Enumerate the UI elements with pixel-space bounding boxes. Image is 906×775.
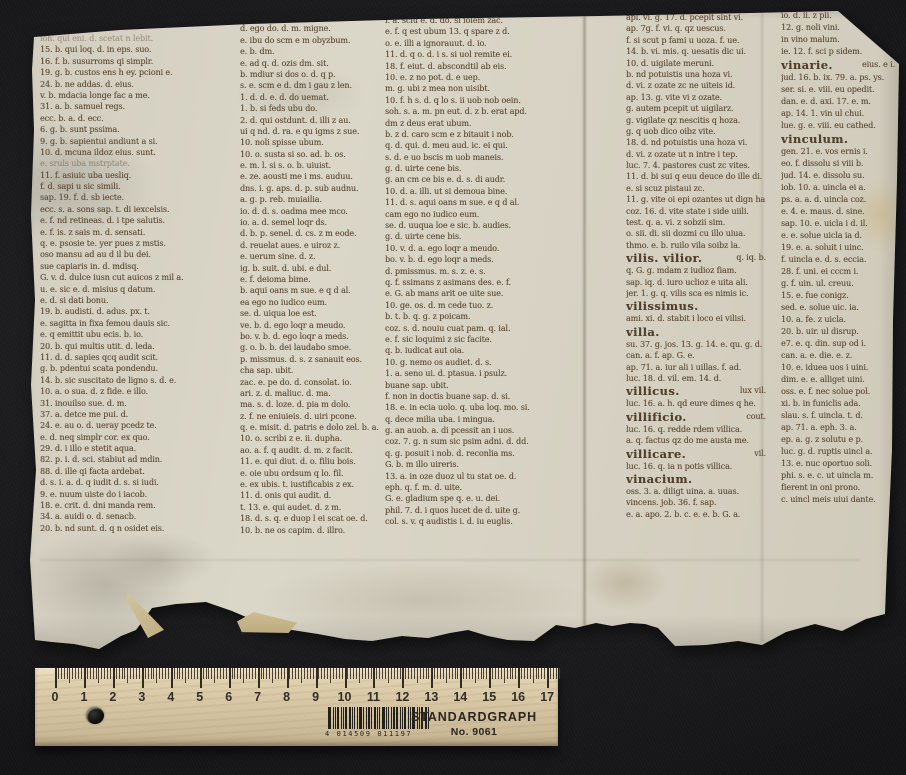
ruler-tick: [203, 668, 204, 679]
manuscript-line: 10. o. susta si so. ad. b. os.: [240, 149, 388, 160]
ruler-tick: [287, 668, 289, 688]
manuscript-line: e. f. is. z sais m. d. sensati.: [40, 227, 238, 238]
barcode-bar: [368, 707, 370, 729]
manuscript-line: cam ego no iudico eum.: [385, 209, 557, 220]
ruler-tick: [533, 668, 534, 683]
manuscript-line: q. b. iudicat aut oia.: [385, 345, 557, 356]
ruler-tick: [284, 668, 285, 679]
manuscript-line: e. m. l. si s. o. b. uiuist.: [240, 160, 388, 171]
ruler-tick: [292, 668, 293, 679]
manuscript-line: coz. s. d. nouiu cuat pam. q. ial.: [385, 323, 557, 334]
manuscript-line: ea ego no iudico eum.: [240, 297, 388, 308]
manuscript-line: 19. g. b. custos ens h ey. pcioni e.: [40, 67, 238, 78]
ruler-tick: [84, 668, 86, 688]
manuscript-line: 11. g. vite oi epi ozantes ut dign ha.: [626, 194, 766, 205]
ruler-tick: [249, 668, 250, 679]
ruler-tick: [397, 668, 398, 679]
manuscript-line: luc. 7. 4. pastores cust zc vites.: [626, 160, 766, 171]
manuscript-line: g. q uob dico oibz vite.: [626, 126, 766, 137]
manuscript-line: 82. p. i. d. sci. stabiut ad mdin.: [40, 454, 238, 465]
manuscript-line: buane sap. ubit.: [385, 380, 557, 391]
manuscript-line: cha sap. ubit.: [240, 365, 388, 376]
manuscript-line: dm z deus erat ubum.: [385, 118, 557, 129]
manuscript-line: 19. e. a. soluit i uinc.: [781, 242, 895, 254]
ruler-tick: [347, 668, 348, 679]
ruler-tick: [469, 668, 470, 679]
manuscript-line: G. b. m illo uireris.: [385, 459, 557, 470]
manuscript-line: 18. e. in ecia uolo. q. uba loq. mo. si.: [385, 402, 557, 413]
ruler-tick: [385, 668, 386, 679]
manuscript-line: 18. d. s. q. e duop l ei scat oe. d.: [240, 513, 388, 524]
barcode-bar: [335, 707, 336, 729]
ruler-tick: [246, 668, 247, 679]
ruler-tick: [446, 668, 447, 683]
manuscript-line: io. d. ii. z pii.: [781, 10, 895, 22]
manuscript-line: ve. b. d. ego loqr a meudo.: [240, 320, 388, 331]
manuscript-line: 10. noli spisse ubum.: [240, 137, 388, 148]
manuscript-line: slau. s. f. uincla. t. d.: [781, 410, 895, 422]
ruler-tick: [142, 668, 144, 688]
barcode-bar: [363, 707, 364, 729]
ruler-tick: [443, 668, 444, 679]
manuscript-line: jer. 1. g. q. vilis sca es nimis ic.: [626, 288, 766, 299]
manuscript-column-5: io. d. ii. z pii.12. g. noli vini.in vin…: [781, 10, 895, 522]
ruler-model-label: No. 9061: [385, 726, 563, 738]
manuscript-line: 9. e. nuum uiste do i iacob.: [40, 489, 238, 500]
ruler-tick: [452, 668, 453, 679]
manuscript-line: dim. e. e. alliget uini.: [781, 374, 895, 386]
ruler-tick: [556, 668, 557, 679]
ruler-tick: [368, 668, 369, 679]
manuscript-line: q. e. misit. d. patris e dolo zel. b. a.: [240, 422, 388, 433]
ruler-tick: [498, 668, 499, 679]
manuscript-line: io. d. d. s. oadma mee mco.: [240, 206, 388, 217]
manuscript-line: can. a. e. die. e. z.: [781, 350, 895, 362]
manuscript-line: p. missmus. d. s. z sanauit eos.: [240, 354, 388, 365]
headword-line: vinculum.: [781, 132, 895, 146]
ruler-tick: [272, 668, 273, 683]
manuscript-line: f. si scut p fami u uoza. f. ue.: [626, 35, 766, 46]
ruler-tick: [55, 668, 57, 688]
manuscript-line: 24. b. ne addas. d. eius.: [40, 79, 238, 90]
manuscript-line: zac. e. pe do. d. consolat. io.: [240, 377, 388, 388]
manuscript-line: ecc. b. a. d. ecc.: [40, 113, 238, 124]
ruler-tick: [400, 668, 401, 679]
ruler-tick: [81, 668, 82, 679]
manuscript-line: e. 4. e. maus. d. sine.: [781, 206, 895, 218]
ruler-tick: [402, 668, 404, 688]
ruler-tick: [362, 668, 363, 679]
ruler-tick: [98, 668, 99, 683]
ruler-tick: [495, 668, 496, 679]
ruler-tick: [339, 668, 340, 679]
manuscript-line: e. ibu do scm e m obyzbum.: [240, 35, 388, 46]
ruler-tick: [510, 668, 511, 679]
manuscript-line: se. d. uiqua loe est.: [240, 308, 388, 319]
ruler-cm-number: 17: [540, 690, 554, 704]
ruler-tick: [211, 668, 212, 679]
manuscript-line: ui q nd. d. ra. e qu igms z sue.: [240, 126, 388, 137]
manuscript-line: g. d. uirte cene bis.: [385, 163, 557, 174]
manuscript-line: 28. f. uni. ei cccm i.: [781, 266, 895, 278]
ruler-tick: [301, 668, 302, 683]
ruler-tick: [229, 668, 231, 688]
manuscript-line: 24. e. au o. d. ueray pcedz te.: [40, 420, 238, 431]
ruler-tick: [269, 668, 270, 679]
ruler-tick: [139, 668, 140, 679]
ruler-tick: [455, 668, 456, 679]
manuscript-text: ioh. qui eni. d. scetat n lebit.15. b. q…: [0, 0, 906, 662]
manuscript-line: 13. a. in oze duoz ul tu stat oe. d.: [385, 471, 557, 482]
ruler-cm-number: 8: [283, 690, 290, 704]
ruler-tick: [481, 668, 482, 679]
manuscript-line: 20. b. qui multis utit. d. leda.: [40, 341, 238, 352]
manuscript-line: col. s. v. q audistis i. d. iu euglis.: [385, 516, 557, 527]
manuscript-line: q. f. ssimans z asimans des. e. f.: [385, 277, 557, 288]
ruler-tick: [124, 668, 125, 679]
ruler-tick: [394, 668, 395, 679]
manuscript-line: e. f. nd retineas. d. i tpe salutis.: [40, 215, 238, 226]
manuscript-line: eph. q. f. m. d. uite.: [385, 482, 557, 493]
manuscript-line: b. mdiur si dos o. d. q p.: [240, 69, 388, 80]
manuscript-line: g. b. pdentui scata pondendu.: [40, 363, 238, 374]
ruler-tick: [130, 668, 131, 679]
ruler-tick: [217, 668, 218, 679]
manuscript-line: ap. 14. 1. vin ul chui.: [781, 108, 895, 120]
manuscript-line: 11. e. qui diut. d. o. filiu bois.: [240, 456, 388, 467]
barcode-bar: [359, 707, 362, 729]
manuscript-line: b. nd potuistis una hoza vi.: [626, 69, 766, 80]
manuscript-line: e. G. ab mans arit oe uite sue.: [385, 288, 557, 299]
manuscript-line: 10. ge. os. d. m cede tuo. z.: [385, 300, 557, 311]
ruler-tick: [87, 668, 88, 679]
ruler-tick: [185, 668, 186, 683]
ruler-tick: [536, 668, 537, 679]
manuscript-line: 1. a. seno ui. d. ptasua. i psulz.: [385, 368, 557, 379]
ruler-tick: [168, 668, 169, 679]
ruler-tick: [544, 668, 545, 679]
ruler-tick: [524, 668, 525, 679]
manuscript-line: e. uerum sine. d. z.: [240, 251, 388, 262]
ruler-tick: [151, 668, 152, 679]
ruler-cm-number: 12: [395, 690, 409, 704]
manuscript-line: e. f. deioma bime.: [240, 274, 388, 285]
manuscript-line: G. e. gladium spe q. e. u. dei.: [385, 493, 557, 504]
manuscript-line: ioh. qui eni. d. scetat n lebit.: [40, 33, 238, 44]
ruler-tick: [365, 668, 366, 679]
ruler-tick: [417, 668, 418, 683]
manuscript-line: 88. d. ille qi facta ardebat.: [40, 466, 238, 477]
manuscript-line: ig. b. suit. d. ubi. e dul.: [240, 263, 388, 274]
ruler-tick: [318, 668, 319, 679]
ruler-brand-label: STANDARDGRAPH: [385, 710, 563, 724]
manuscript-line: 11. d. bi sui q euu deuce do ille di.: [626, 171, 766, 182]
manuscript-line: 6. g. b. sunt pssima.: [40, 124, 238, 135]
manuscript-line: sed. e. solue uic. ia.: [781, 302, 895, 314]
ruler-tick: [90, 668, 91, 679]
ruler-cm-number: 0: [52, 690, 59, 704]
manuscript-line: phi. s. e. c. ut uincla m.: [781, 470, 895, 482]
ruler-tick: [431, 668, 433, 688]
ruler-tick: [174, 668, 175, 679]
ruler-tick: [501, 668, 502, 679]
ruler-tick: [313, 668, 314, 679]
manuscript-line: d. reuelat aues. e uiroz z.: [240, 240, 388, 251]
manuscript-line: 31. inouilso sue. d. m.: [40, 398, 238, 409]
manuscript-line: q. G. g. mdam z iudioz fiam.: [626, 265, 766, 276]
ruler-tick: [345, 668, 347, 688]
ruler-cm-number: 6: [225, 690, 232, 704]
manuscript-line: ap. 71. a. eph. 3. a.: [781, 422, 895, 434]
ruler-tick: [321, 668, 322, 679]
manuscript-column-2: uicte. b. dm.d. ego do. d. m. migne.e. i…: [240, 12, 388, 544]
manuscript-line: g. an cm ce bis e. d. s. di audr.: [385, 174, 557, 185]
manuscript-line: ecc. s. a. sons sap. t. di iexcelsis.: [40, 204, 238, 215]
ruler-tick: [298, 668, 299, 679]
ruler-cm-number: 11: [367, 690, 380, 704]
manuscript-line: phil. 7. d. i quos lucet de d. uite g.: [385, 505, 557, 516]
manuscript-line: g. d. uirte cene bis.: [385, 231, 557, 242]
manuscript-line: q. dece milia uba. i mingua.: [385, 414, 557, 425]
manuscript-line: q. d. qui. d. meu aud. ic. ei qui.: [385, 140, 557, 151]
manuscript-line: ps. a. a. d. uincla coz.: [781, 194, 895, 206]
manuscript-line: 18. f. eiut. d. abscondtil ab eis.: [385, 61, 557, 72]
ruler-tick: [223, 668, 224, 679]
ruler-tick: [353, 668, 354, 679]
ruler-tick: [530, 668, 531, 679]
manuscript-line: coz. 16. d. vite state i side uiili.: [626, 206, 766, 217]
ruler-tick: [316, 668, 318, 688]
manuscript-line: 34. a. auidi o. d. senacb.: [40, 511, 238, 522]
manuscript-line: 10. d. a. illi. ut si demoua bine.: [385, 186, 557, 197]
ruler-tick: [261, 668, 262, 679]
ruler-tick: [194, 668, 195, 679]
manuscript-line: luc. g. d. ruptis uincl a.: [781, 446, 895, 458]
ruler-tick: [486, 668, 487, 679]
manuscript-line: sap. 10. e. uicla i d. il.: [781, 218, 895, 230]
ruler-tick: [153, 668, 154, 679]
manuscript-line: d. s. i. a. d. q iudit d. s. si iudi.: [40, 477, 238, 488]
manuscript-line: gen. 21. e. vos ernis i.: [781, 146, 895, 158]
barcode-bar: [374, 707, 376, 729]
manuscript-line: 31. a. b. samuel regs.: [40, 101, 238, 112]
manuscript-line: d. b. p. senel. d. cs. z m eode.: [240, 228, 388, 239]
manuscript-line: a. q. factus qz do me austa me.: [626, 435, 766, 446]
parchment: ioh. qui eni. d. scetat n lebit.15. b. q…: [0, 0, 906, 662]
ruler-tick: [177, 668, 178, 679]
ruler-tick: [243, 668, 244, 683]
manuscript-line: 1. d. d. e. d. do uemat.: [240, 92, 388, 103]
ruler-tick: [304, 668, 305, 679]
headword-line: villicare.vil.: [626, 447, 766, 461]
manuscript-line: 37. a. detce me pui. d.: [40, 409, 238, 420]
ruler-tick: [69, 668, 70, 683]
headword-line: vilis. vilior.q. iq. b.: [626, 251, 766, 265]
headword-line: villa.: [626, 325, 766, 339]
manuscript-line: 12. g. noli vini.: [781, 22, 895, 34]
ruler-tick: [275, 668, 276, 679]
manuscript-line: 10. f. h s. d. q lo s. ii uob nob oein.: [385, 95, 557, 106]
manuscript-line: e. sruls uba mstrptate.: [40, 158, 238, 169]
manuscript-line: eo. f. dissolu si viii b.: [781, 158, 895, 170]
ruler-tick: [538, 668, 539, 679]
manuscript-line: ie. 12. f. sci p sidem.: [781, 46, 895, 58]
ruler-tick: [457, 668, 458, 679]
manuscript-line: g. an auob. a. di pcessit an i uos.: [385, 425, 557, 436]
ruler-tick: [440, 668, 441, 679]
manuscript-line: ap. 71. a. iur ali i uillas. f. ad.: [626, 362, 766, 373]
ruler-tick: [515, 668, 516, 679]
manuscript-line: f. d. sapi u sic simili.: [40, 181, 238, 192]
manuscript-line: 14. b. sic suscitato de ligno s. d. e.: [40, 375, 238, 386]
headword-line: villificio.cout.: [626, 410, 766, 424]
ruler-tick: [371, 668, 372, 679]
manuscript-line: 15. e. fue conigz.: [781, 290, 895, 302]
ruler-tick: [550, 668, 551, 679]
ruler-tick: [405, 668, 406, 679]
ruler-tick: [136, 668, 137, 679]
manuscript-line: luc. 18. d. vil. em. 14. d.: [626, 373, 766, 384]
ruler-tick: [197, 668, 198, 679]
manuscript-line: f. non in doctis buane sap. d. si.: [385, 391, 557, 402]
manuscript-line: luc. 16. q. ia n potis villica.: [626, 461, 766, 472]
manuscript-line: 13. e. nuc oportuo soli.: [781, 458, 895, 470]
manuscript-line: ser. si. e. viii. eu opedit.: [781, 84, 895, 96]
ruler-tick: [278, 668, 279, 679]
manuscript-line: e. ex ubis. t. iustificabis z ex.: [240, 479, 388, 490]
ruler-tick: [191, 668, 192, 679]
ruler-tick: [295, 668, 296, 679]
ruler-tick: [460, 668, 462, 688]
ruler-tick: [449, 668, 450, 679]
ruler-tick: [379, 668, 380, 679]
ruler-tick: [307, 668, 308, 679]
manuscript-line: 11. d. onis qui audit. d.: [240, 490, 388, 501]
manuscript-line: 18. d. nd potuistis una hoza vi.: [626, 137, 766, 148]
manuscript-line: oso mansu ad au d il bu dei.: [40, 249, 238, 260]
manuscript-line: e. e. solue uicla ia d.: [781, 230, 895, 242]
manuscript-line: ap. 7g. f. vi. q. qz uescus.: [626, 23, 766, 34]
ruler-tick: [145, 668, 146, 679]
barcode-bar: [371, 707, 372, 729]
manuscript-line: luc. 16. a. h. qd eure dimes q he.: [626, 398, 766, 409]
barcode-bar: [379, 707, 380, 729]
manuscript-line: 20. b. nd sunt. d. q n osidet eis.: [40, 523, 238, 534]
ruler-tick: [518, 668, 520, 688]
manuscript-line: 16. f. b. susurroms qi simplr.: [40, 56, 238, 67]
manuscript-line: e. ad q. d. ozis dm. sit.: [240, 58, 388, 69]
headword-line: villicus.lux vil.: [626, 384, 766, 398]
manuscript-line: e. a. apo. 2. b. c. e. e. b. G. a.: [626, 509, 766, 520]
ruler-cm-number: 7: [254, 690, 261, 704]
ruler-cm-number: 3: [138, 690, 145, 704]
manuscript-line: jud. 16. b. ix. 79. a. ps. ys.: [781, 72, 895, 84]
manuscript-line: g. o. b. b. dei laudabo smoe.: [240, 342, 388, 353]
manuscript-line: o. e. illi a ignorauut. d. io.: [385, 38, 557, 49]
manuscript-line: z. f. ne eniuieis. d. uiri pcone.: [240, 411, 388, 422]
ruler-tick: [547, 668, 549, 688]
ruler-tick: [475, 668, 476, 683]
ruler-tick: [96, 668, 97, 679]
manuscript-line: s. d. e uo bscis m uob maneis.: [385, 152, 557, 163]
ruler-tick: [382, 668, 383, 679]
ruler-tick: [252, 668, 253, 679]
ruler-tick: [182, 668, 183, 679]
barcode-bar: [345, 707, 347, 729]
manuscript-line: u. e. sic e. d. misius q datum.: [40, 284, 238, 295]
ruler-tick: [281, 668, 282, 679]
barcode-bar: [349, 707, 351, 729]
ruler-tick: [388, 668, 389, 683]
ruler-tick: [159, 668, 160, 679]
barcode-bar: [341, 707, 342, 729]
ruler-tick: [463, 668, 464, 679]
manuscript-line: c. uincl meis uiui dante.: [781, 494, 895, 506]
manuscript-line: 29. d. i illo e stetit aqua.: [40, 443, 238, 454]
headword-note: cout.: [746, 410, 766, 424]
manuscript-line: bo. v. b. d. ego loqr a meds.: [240, 331, 388, 342]
ruler-tick: [350, 668, 351, 679]
manuscript-line: 19. b. audisti. d. adus. px. t.: [40, 306, 238, 317]
headword-line: vilissimus.: [626, 299, 766, 313]
manuscript-line: q. e. psosie te. yer pues z mstis.: [40, 238, 238, 249]
ruler-tick: [266, 668, 267, 679]
ruler-tick: [61, 668, 62, 679]
ruler-tick: [336, 668, 337, 679]
headword-note: eius. e i.: [862, 58, 895, 72]
ruler-tick: [110, 668, 111, 679]
ruler-tick: [423, 668, 424, 679]
ruler-tick: [434, 668, 435, 679]
ruler-tick: [226, 668, 227, 679]
manuscript-line: g. vigilate qz nescitis q hoza.: [626, 115, 766, 126]
manuscript-line: e. d. si dati bonu.: [40, 295, 238, 306]
ruler-tick: [58, 668, 59, 679]
manuscript-line: io. a. d. semel loqr ds.: [240, 217, 388, 228]
ruler-tick: [220, 668, 221, 679]
ruler-tick: [101, 668, 102, 679]
ruler-tick: [408, 668, 409, 679]
manuscript-line: fierent in oni prono.: [781, 482, 895, 494]
ruler-tick: [483, 668, 484, 679]
barcode-bar: [357, 707, 358, 729]
ruler-tick: [330, 668, 331, 683]
ruler-tick: [214, 668, 215, 683]
ruler-tick: [521, 668, 522, 679]
manuscript-line: test. q. a. vi. z sobzii sim.: [626, 217, 766, 228]
manuscript-line: jud. 14. e. dissolu su.: [781, 170, 895, 182]
manuscript-line: 11. d. s. aqui oans m sue. e q d al.: [385, 197, 557, 208]
manuscript-line: oss. e. f. nec solue pol.: [781, 386, 895, 398]
manuscript-line: i. a. sciu e. d. do. si iolem zac.: [385, 15, 557, 26]
ruler-tick: [113, 668, 115, 688]
ruler-tick: [75, 668, 76, 679]
ruler-tick: [67, 668, 68, 679]
manuscript-line: 10. d. uigilate meruni.: [626, 58, 766, 69]
manuscript-line: ep. a. g. z solutu e p.: [781, 434, 895, 446]
manuscript-line: 18. e. crit. d. dni manda rem.: [40, 500, 238, 511]
manuscript-line: o. sii. di. sii dozmi cu illo uiua.: [626, 228, 766, 239]
manuscript-line: a. g. p. reb. muiailia.: [240, 194, 388, 205]
manuscript-line: s. e. scm e d. dm i gau z len.: [240, 80, 388, 91]
manuscript-line: d. vi. z ozate zc ne uiteis id.: [626, 80, 766, 91]
ruler-tick: [171, 668, 173, 688]
manuscript-line: 10. a. fe. z uicla.: [781, 314, 895, 326]
ruler-tick: [414, 668, 415, 679]
ruler-tick: [466, 668, 467, 679]
ruler-tick: [492, 668, 493, 679]
manuscript-line: d. pmissmus. m. s. z. e. s.: [385, 266, 557, 277]
